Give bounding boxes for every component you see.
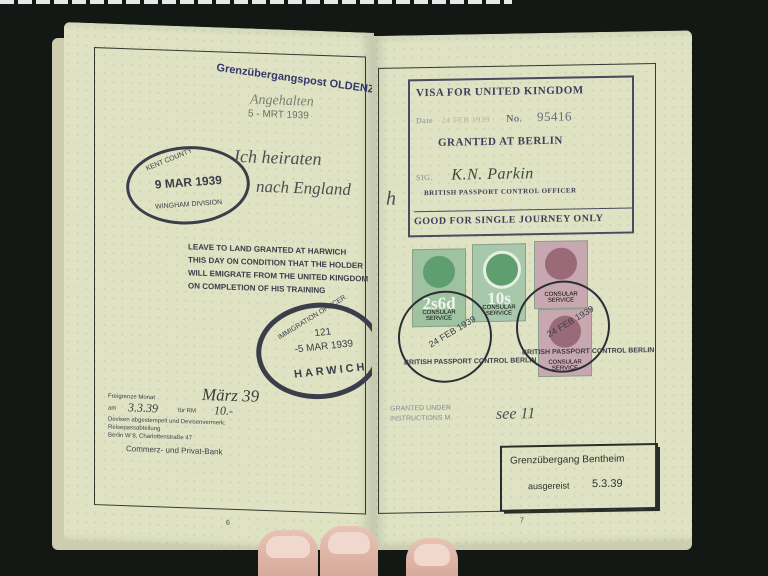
visa-no-value: 95416	[537, 109, 572, 125]
harwich-bottom: HARWICH	[293, 361, 368, 381]
kent-county-date: 9 MAR 1939	[154, 173, 222, 192]
king-portrait-icon	[483, 250, 521, 289]
visa-granted: GRANTED AT BERLIN	[438, 134, 626, 149]
oldenzaal-date: 5 - MRT 1939	[248, 108, 309, 121]
visa-stamp: VISA FOR UNITED KINGDOM Date 24 FEB 1939…	[408, 75, 634, 237]
visa-title: VISA FOR UNITED KINGDOM	[416, 84, 626, 100]
king-portrait-icon	[423, 256, 455, 289]
handwritten-note-line2: nach England	[256, 177, 351, 200]
visa-date-value: 24 FEB 1939	[442, 115, 490, 125]
right-page: VISA FOR UNITED KINGDOM Date 24 FEB 1939…	[372, 30, 692, 546]
visa-officer: BRITISH PASSPORT CONTROL OFFICER	[424, 186, 626, 198]
bentheim-stamp: Grenzübergang Bentheim ausgereist 5.3.39	[500, 443, 658, 512]
fingernail	[266, 536, 310, 558]
harwich-date: -5 MAR 1939	[294, 338, 354, 355]
bank-line2-label2: für RM	[178, 408, 196, 415]
visa-signature: K.N. Parkin	[451, 165, 533, 183]
king-portrait-icon	[545, 247, 577, 280]
fingernail	[414, 544, 450, 566]
visa-no-label: No.	[506, 113, 522, 124]
bank-line2-label: am	[108, 406, 116, 412]
bank-line2-value: 3.3.39	[128, 400, 158, 416]
kent-county-bottom: WINGHAM DIVISION	[155, 199, 223, 211]
fingernail	[328, 532, 370, 554]
visa-footer: GOOD FOR SINGLE JOURNEY ONLY	[414, 207, 632, 227]
visa-sig-row: SIG. K.N. Parkin	[416, 164, 626, 186]
finger-right	[406, 538, 458, 576]
bentheim-date: 5.3.39	[592, 478, 623, 491]
cancellation-date: 24 FEB 1939	[545, 304, 596, 340]
granted-under-line1: GRANTED UNDER	[390, 405, 451, 413]
visa-sig-label: SIG.	[416, 173, 433, 182]
granted-under-line2: INSTRUCTIONS M.	[390, 415, 452, 423]
visa-date-label: Date	[416, 116, 433, 125]
bentheim-label: ausgereist	[528, 481, 570, 492]
left-page-number: 6	[226, 520, 230, 527]
cancellation-date: 24 FEB 1939	[427, 314, 478, 350]
handwritten-note-line1: Ich heiraten	[234, 146, 321, 170]
finger-middle	[320, 526, 378, 576]
bank-line2-value2: 10.-	[214, 403, 233, 419]
left-page: Grenzübergangspost OLDENZAAL Angehalten …	[64, 22, 374, 551]
video-overlay-bar	[0, 0, 512, 4]
granted-under-handwritten: see 11	[496, 405, 535, 424]
bentheim-line1: Grenzübergang Bentheim	[510, 454, 625, 467]
margin-mark: h	[386, 188, 396, 211]
right-page-number: 7	[520, 517, 524, 524]
harwich-number: 121	[314, 326, 332, 339]
finger-left	[258, 530, 318, 576]
visa-date-row: Date 24 FEB 1939 No. 95416	[416, 108, 626, 128]
